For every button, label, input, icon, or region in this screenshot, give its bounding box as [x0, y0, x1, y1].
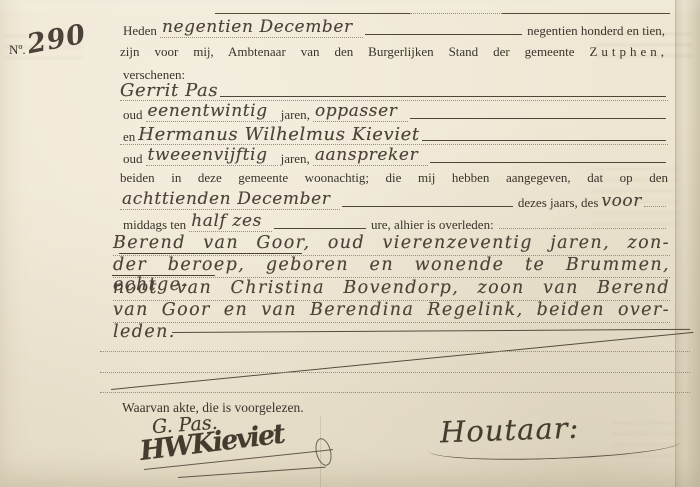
form-line-woonachtig: beiden in deze gemeente woonachtig; die …: [120, 170, 668, 186]
printed-declaration-text: beiden in deze gemeente woonachtig; die …: [120, 170, 668, 185]
handwritten-deceased-line5: leden.: [113, 322, 176, 344]
death-certificate-page: Nº. 290 Heden negentien December negenti…: [0, 0, 700, 487]
strikeout-diagonal: [111, 332, 693, 390]
form-fill-line: [220, 96, 666, 97]
empty-dotted-line: [100, 351, 690, 352]
printed-official-text: zijn voor mij, Ambtenaar van den Burgerl…: [120, 44, 574, 59]
form-fill-line: [422, 140, 666, 141]
handwritten-age2: tweeenvijftig: [146, 147, 278, 166]
top-rule-dotted: [410, 13, 502, 14]
top-rule-solid: [502, 13, 670, 14]
handwritten-declarant2-name: Hermanus Wilhelmus Kieviet: [138, 126, 420, 144]
printed-overleden: ure, alhier is overleden:: [368, 218, 497, 232]
printed-dezes-jaars: dezes jaars, des: [515, 196, 602, 210]
signature-flourish-line: [178, 467, 326, 478]
form-fill-dotted: [499, 228, 666, 229]
printed-middags-ten: middags ten: [120, 218, 189, 232]
form-fill-line: [410, 118, 666, 119]
signature-flourish-loop: [313, 437, 334, 468]
empty-dotted-line: [100, 372, 690, 373]
form-line-declarant1: Gerrit Pas: [120, 82, 668, 101]
page-margin-edge: [675, 0, 700, 487]
printed-jaren: jaren,: [278, 152, 313, 166]
form-fill-dotted: [644, 206, 666, 207]
closing-ink-line: [172, 329, 690, 333]
form-fill-line: [365, 34, 522, 35]
printed-year: negentien honderd en tien,: [524, 24, 668, 38]
form-fill-line: [342, 206, 512, 207]
handwritten-deceased-line4: van Goor en van Berendina Regelink, beid…: [113, 300, 670, 323]
printed-en: en: [120, 130, 138, 144]
top-rule-solid: [215, 13, 410, 14]
form-fill-line: [430, 162, 666, 163]
form-fill-line: [274, 228, 366, 229]
printed-heden: Heden: [120, 24, 160, 38]
printed-oud: oud: [120, 108, 146, 122]
form-line-declarant2: en Hermanus Wilhelmus Kieviet: [120, 126, 668, 145]
printed-jaren: jaren,: [278, 108, 313, 122]
handwritten-occupation1: oppasser: [313, 103, 408, 122]
handwritten-death-date: achttienden December: [120, 191, 340, 210]
handwritten-voor: voor: [601, 193, 642, 210]
handwritten-time: half zes: [189, 213, 272, 232]
printed-municipality: Zutphen,: [589, 44, 668, 59]
handwritten-date-month: negentien December: [160, 19, 363, 38]
ink-underline-beroep: [112, 275, 215, 276]
record-number-label: Nº.: [9, 42, 26, 58]
form-line-death-date: achttienden December dezes jaars, des vo…: [120, 192, 668, 210]
form-line-official: zijn voor mij, Ambtenaar van den Burgerl…: [120, 44, 668, 60]
handwritten-age1: eenentwintig: [146, 103, 278, 122]
form-line-declarant2-age: oud tweeenvijftig jaren, aanspreker: [120, 148, 668, 166]
empty-dotted-line: [100, 392, 690, 393]
form-line-death-time: middags ten half zes ure, alhier is over…: [120, 214, 668, 232]
form-line-date: Heden negentien December negentien honde…: [120, 20, 668, 38]
handwritten-deceased-line3: noot van Christina Bovendorp, zoon van B…: [113, 278, 670, 301]
form-line-declarant1-age: oud eenentwintig jaren, oppasser: [120, 104, 668, 122]
handwritten-occupation2: aanspreker: [313, 147, 429, 166]
ink-underline-name: [119, 253, 302, 254]
printed-oud: oud: [120, 152, 146, 166]
handwritten-declarant1-name: Gerrit Pas: [120, 82, 218, 100]
